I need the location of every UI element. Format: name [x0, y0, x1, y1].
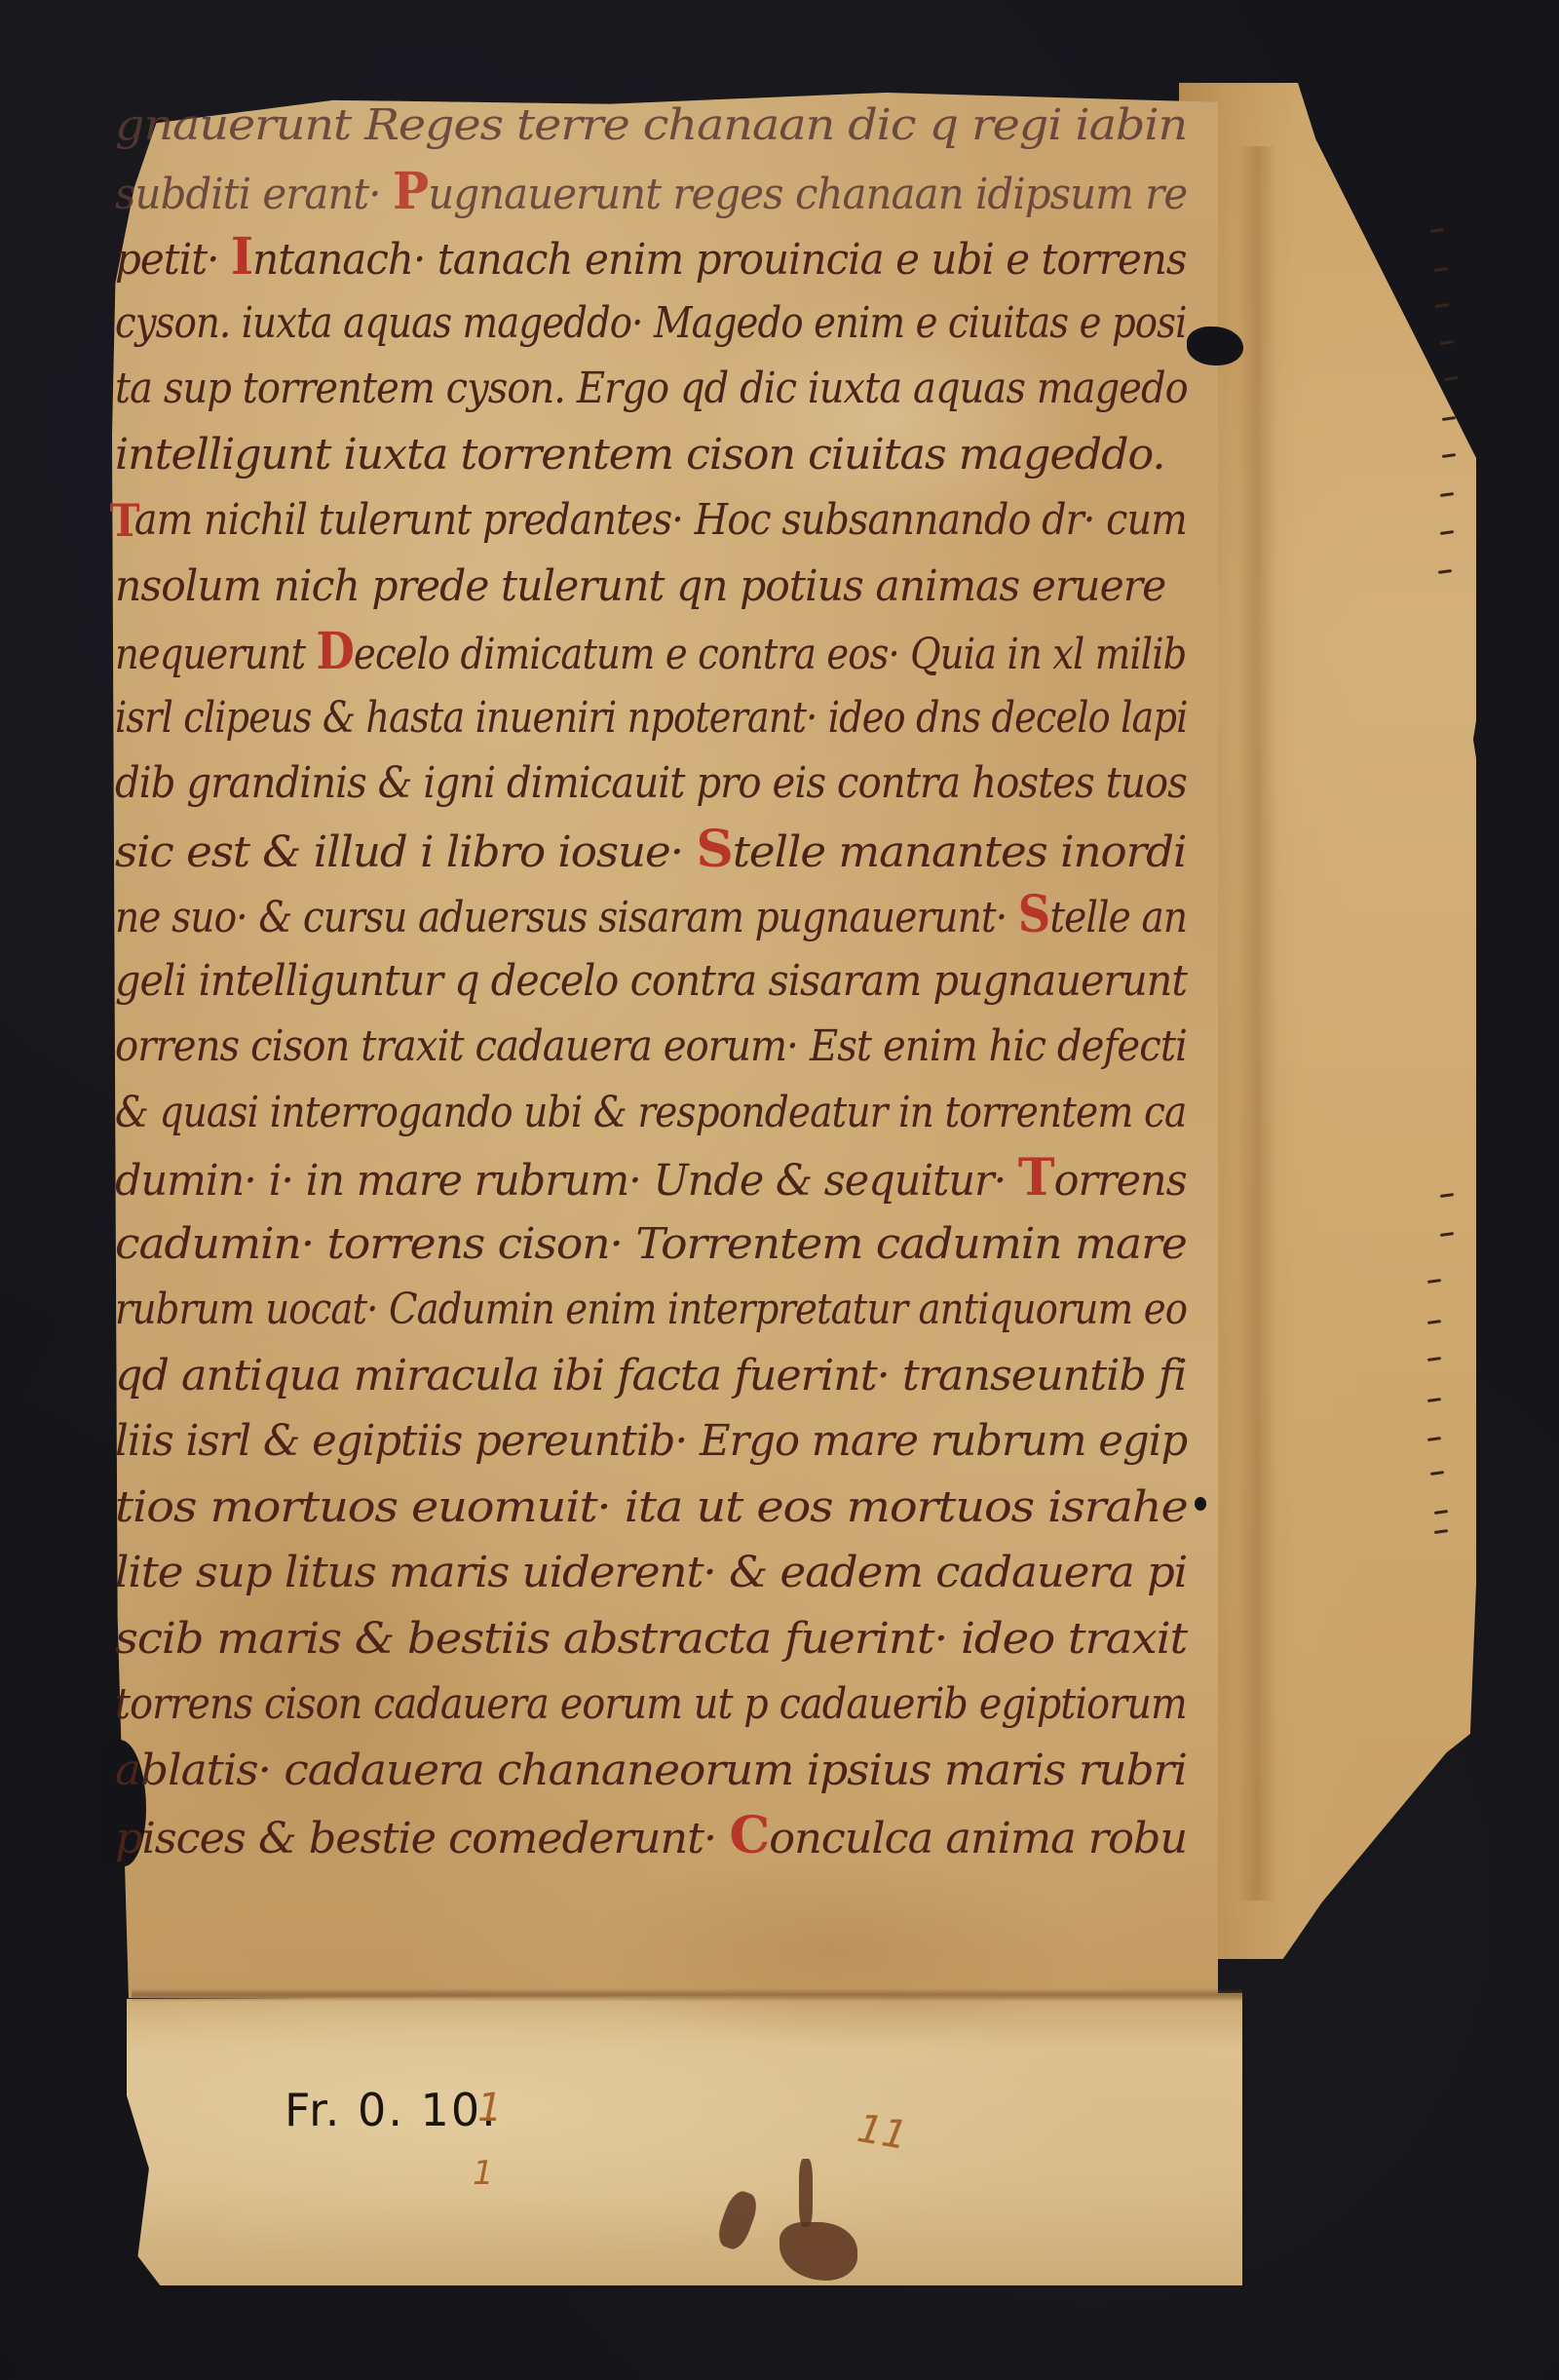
line-text: liis isrl & egiptiis pereuntib· Ergo mar… [115, 1416, 1187, 1466]
manuscript-line: intelligunt iuxta torrentem cison ciuita… [115, 427, 1164, 483]
line-text: ablatis· cadauera chananeorum ipsius mar… [115, 1746, 1187, 1795]
manuscript-line: torrens cison cadauera eorum ut p cadaue… [115, 1676, 1187, 1733]
manuscript-line: ta sup torrentem cyson. Ergo qd dic iuxt… [115, 361, 1188, 417]
line-text: intelligunt iuxta torrentem cison ciuita… [115, 430, 1164, 480]
manuscript-line: scib maris & bestiis abstracta fuerint· … [115, 1611, 1187, 1668]
line-text: ne suo· & cursu aduersus sisaram pugnaue… [115, 893, 1018, 942]
manuscript-line: lite sup litus maris uiderent· & eadem c… [115, 1545, 1187, 1601]
manuscript-line: Tam nichil tulerunt predantes· Hoc subsa… [115, 492, 1187, 549]
parchment-bottom-flap [127, 1993, 1242, 2285]
margin-fold-shadow [1237, 146, 1276, 1900]
rubric-initial: I [231, 227, 252, 287]
pencil-mark: 1 [473, 2154, 494, 2193]
line-text: tios mortuos euomuit· ita ut eos mortuos… [115, 1482, 1188, 1532]
rubric-initial: D [317, 622, 355, 681]
manuscript-line: pisces & bestie comederunt· Conculca ani… [115, 1808, 1187, 1864]
rubric-initial: S [696, 820, 732, 879]
manuscript-line: rubrum uocat· Cadumin enim interpretatur… [115, 1282, 1187, 1338]
line-text: isrl clipeus & hasta inueniri npoterant·… [115, 693, 1187, 743]
shelfmark-label: Fr. 0. 10. [285, 2084, 498, 2136]
manuscript-line: sic est & illud i libro iosue· Stelle ma… [115, 822, 1186, 878]
line-text: telle an [1049, 893, 1187, 942]
line-text: onculca anima robu [769, 1814, 1187, 1863]
line-text: nsolum nich prede tulerunt qn potius ani… [115, 561, 1165, 611]
line-text: ugnauerunt reges chanaan idipsum re [428, 170, 1187, 219]
worm-hole [1187, 326, 1243, 365]
line-text: pisces & bestie comederunt· [115, 1814, 729, 1863]
line-text: cyson. iuxta aquas mageddo· [115, 298, 654, 348]
line-text: nequerunt [115, 630, 317, 679]
line-text: & quasi interrogando ubi & respondeatur … [115, 1088, 1186, 1137]
line-text: qd antiqua miracula ibi facta fuerint· t… [115, 1351, 1187, 1401]
line-text: rubrum uocat· Cadumin enim interpretatur… [115, 1285, 1187, 1334]
manuscript-line: isrl clipeus & hasta inueniri npoterant·… [115, 690, 1187, 747]
rubric-initial: S [1018, 885, 1050, 944]
fold-crease [132, 1988, 1242, 2002]
line-text: petit· [115, 235, 231, 285]
manuscript-line: gnauerunt Reges terre chanaan dic q regi… [115, 97, 1187, 154]
line-text: dumin· i· in mare rubrum· Unde & sequitu… [115, 1156, 1018, 1206]
manuscript-line: subditi erant· Pugnauerunt reges chanaan… [115, 164, 1187, 220]
line-text: geli intelliguntur q decelo contra sisar… [115, 956, 1187, 1006]
line-text: telle manantes inordi [733, 827, 1187, 877]
manuscript-line: ne suo· & cursu aduersus sisaram pugnaue… [115, 887, 1187, 943]
line-text: am nichil tulerunt predantes· Hoc subsan… [134, 495, 1187, 545]
line-text: Ergo qd dic iuxta aquas magedo [577, 364, 1188, 413]
manuscript-line: tios mortuos euomuit· ita ut eos mortuos… [115, 1479, 1188, 1536]
manuscript-line: petit· Intanach· tanach enim prouincia e… [115, 229, 1187, 286]
manuscript-line: & quasi interrogando ubi & respondeatur … [115, 1085, 1186, 1141]
manuscript-line: cadumin· torrens cison· Torrentem cadumi… [115, 1216, 1187, 1273]
manuscript-line: dumin· i· in mare rubrum· Unde & sequitu… [115, 1150, 1187, 1207]
manuscript-line: qd antiqua miracula ibi facta fuerint· t… [115, 1348, 1187, 1404]
manuscript-line: ablatis· cadauera chananeorum ipsius mar… [115, 1743, 1187, 1799]
rubric-initial: C [729, 1806, 769, 1865]
line-text: Reges terre chanaan dic q regi iabin [364, 100, 1187, 150]
manuscript-line: dib grandinis & igni dimicauit pro eis c… [115, 755, 1187, 812]
pencil-mark: 1 [477, 2086, 502, 2130]
line-text: torrens cison cadauera eorum ut p cadaue… [115, 1679, 1187, 1729]
line-text: lite sup litus maris uiderent· & eadem c… [115, 1548, 1187, 1597]
manuscript-line: orrens cison traxit cadauera eorum· Est … [115, 1018, 1187, 1075]
pencil-mark: 11 [854, 2106, 910, 2159]
line-text: orrens [1054, 1156, 1187, 1206]
manuscript-line: nsolum nich prede tulerunt qn potius ani… [115, 558, 1165, 615]
line-text: sic est & illud i libro iosue· [115, 827, 696, 877]
line-text: scib maris & bestiis abstracta fuerint· … [115, 1614, 1187, 1664]
rubric-initial: T [1018, 1148, 1054, 1208]
pin-hole [1195, 1497, 1206, 1511]
line-text: ta sup torrentem cyson. [115, 364, 577, 413]
line-text: gnauerunt [115, 100, 364, 150]
ink-blot [799, 2159, 813, 2227]
manuscript-line: nequerunt Decelo dimicatum e contra eos·… [115, 624, 1186, 680]
manuscript-line: cyson. iuxta aquas mageddo· Magedo enim … [115, 295, 1187, 352]
line-text: cadumin· torrens cison· Torrentem cadumi… [115, 1219, 1187, 1269]
line-text: ntanach· tanach enim prouincia e ubi e t… [252, 235, 1186, 285]
line-text: ecelo dimicatum e contra eos· Quia in xl… [354, 630, 1186, 679]
line-text: orrens cison traxit cadauera eorum· Est … [115, 1021, 1187, 1071]
line-text: Magedo enim e ciuitas e posi [654, 298, 1187, 348]
rubric-initial: T [110, 492, 139, 549]
line-text: dib grandinis & igni dimicauit pro eis c… [115, 758, 1187, 808]
manuscript-line: geli intelliguntur q decelo contra sisar… [115, 953, 1187, 1010]
rubric-initial: P [393, 162, 428, 221]
manuscript-line: liis isrl & egiptiis pereuntib· Ergo mar… [115, 1413, 1187, 1470]
line-text: subditi erant· [115, 170, 393, 219]
